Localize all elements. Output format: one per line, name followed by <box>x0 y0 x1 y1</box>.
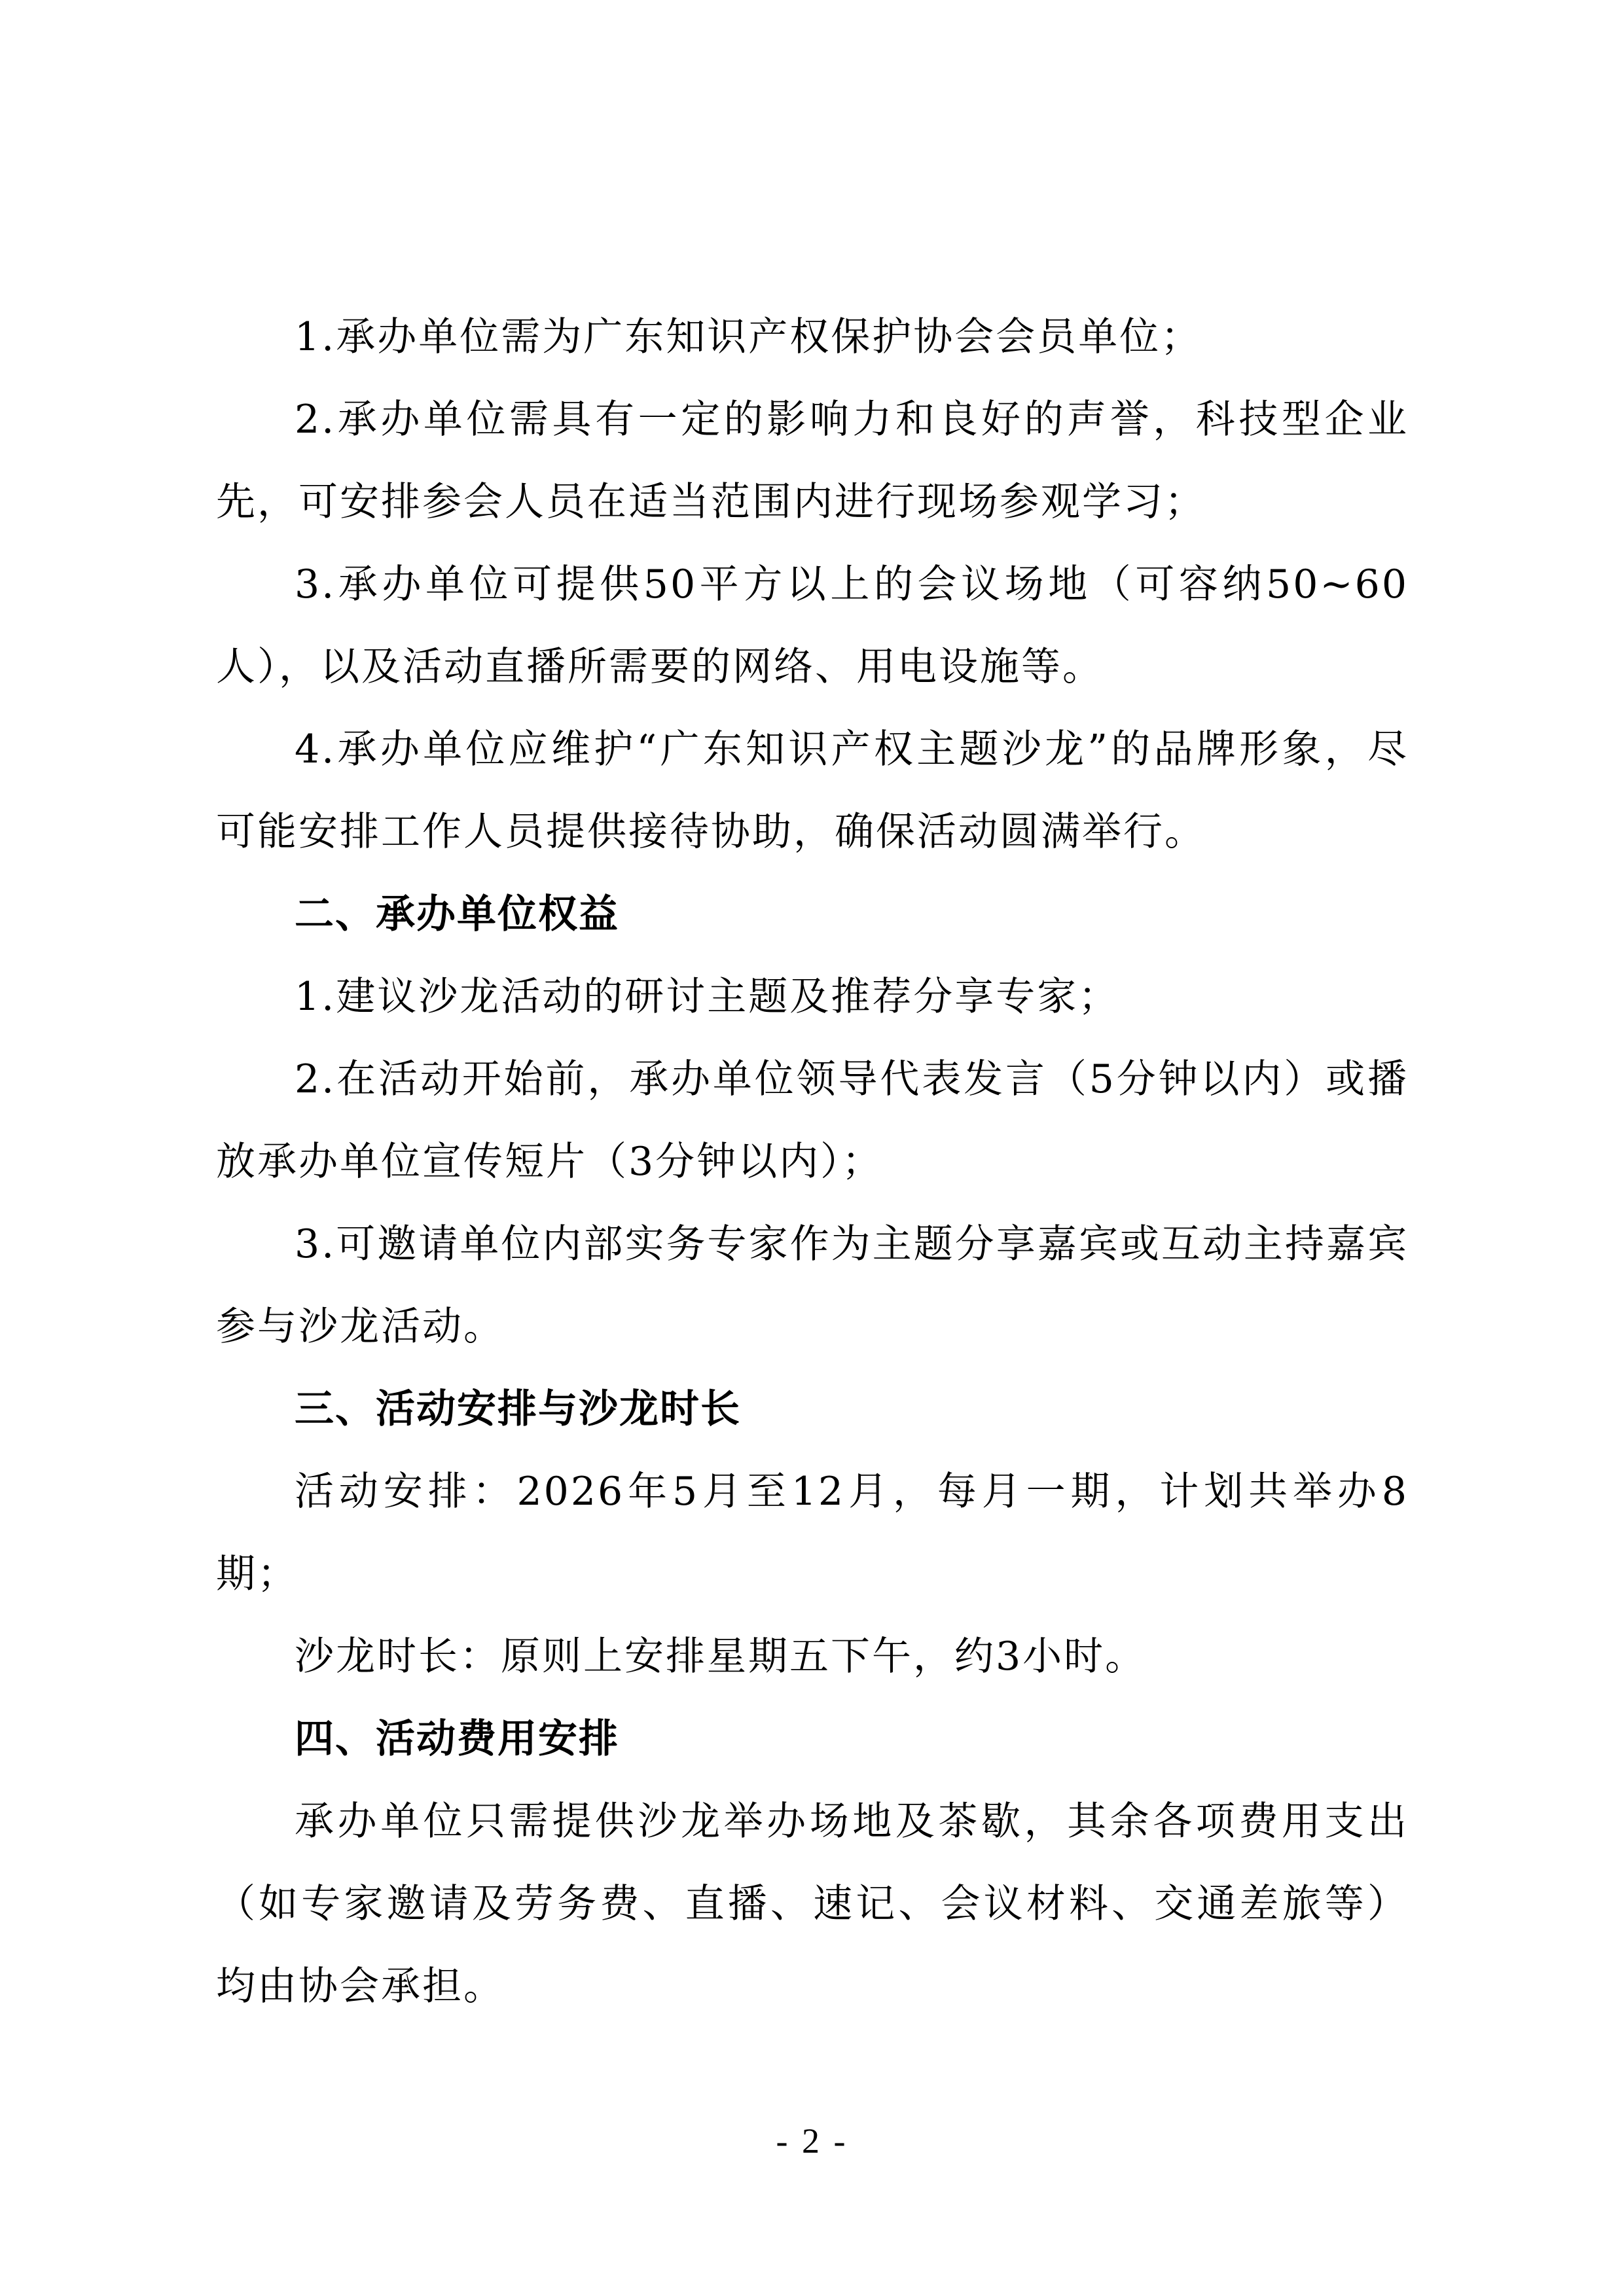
section-heading-rights: 二、承办单位权益 <box>216 873 1409 956</box>
section-heading-schedule: 三、活动安排与沙龙时长 <box>216 1368 1409 1450</box>
schedule-arrangement: 活动安排：2026年5月至12月，每月一期，计划共举办8期； <box>216 1450 1409 1615</box>
right-3: 3.可邀请单位内部实务专家作为主题分享嘉宾或互动主持嘉宾参与沙龙活动。 <box>216 1203 1409 1368</box>
page-number: - 2 - <box>0 2121 1624 2161</box>
requirement-2: 2.承办单位需具有一定的影响力和良好的声誉，科技型企业先，可安排参会人员在适当范… <box>216 378 1409 543</box>
section-heading-costs: 四、活动费用安排 <box>216 1698 1409 1780</box>
cost-arrangement: 承办单位只需提供沙龙举办场地及茶歇，其余各项费用支出（如专家邀请及劳务费、直播、… <box>216 1780 1409 2028</box>
document-body: 1.承办单位需为广东知识产权保护协会会员单位； 2.承办单位需具有一定的影响力和… <box>216 296 1409 2028</box>
requirement-4: 4.承办单位应维护“广东知识产权主题沙龙”的品牌形象，尽可能安排工作人员提供接待… <box>216 708 1409 873</box>
document-page: 1.承办单位需为广东知识产权保护协会会员单位； 2.承办单位需具有一定的影响力和… <box>0 0 1624 2296</box>
requirement-1: 1.承办单位需为广东知识产权保护协会会员单位； <box>216 296 1409 378</box>
right-2: 2.在活动开始前，承办单位领导代表发言（5分钟以内）或播放承办单位宣传短片（3分… <box>216 1038 1409 1203</box>
right-1: 1.建议沙龙活动的研讨主题及推荐分享专家； <box>216 956 1409 1038</box>
schedule-duration: 沙龙时长：原则上安排星期五下午，约3小时。 <box>216 1615 1409 1698</box>
requirement-3: 3.承办单位可提供50平方以上的会议场地（可容纳50~60人），以及活动直播所需… <box>216 543 1409 708</box>
